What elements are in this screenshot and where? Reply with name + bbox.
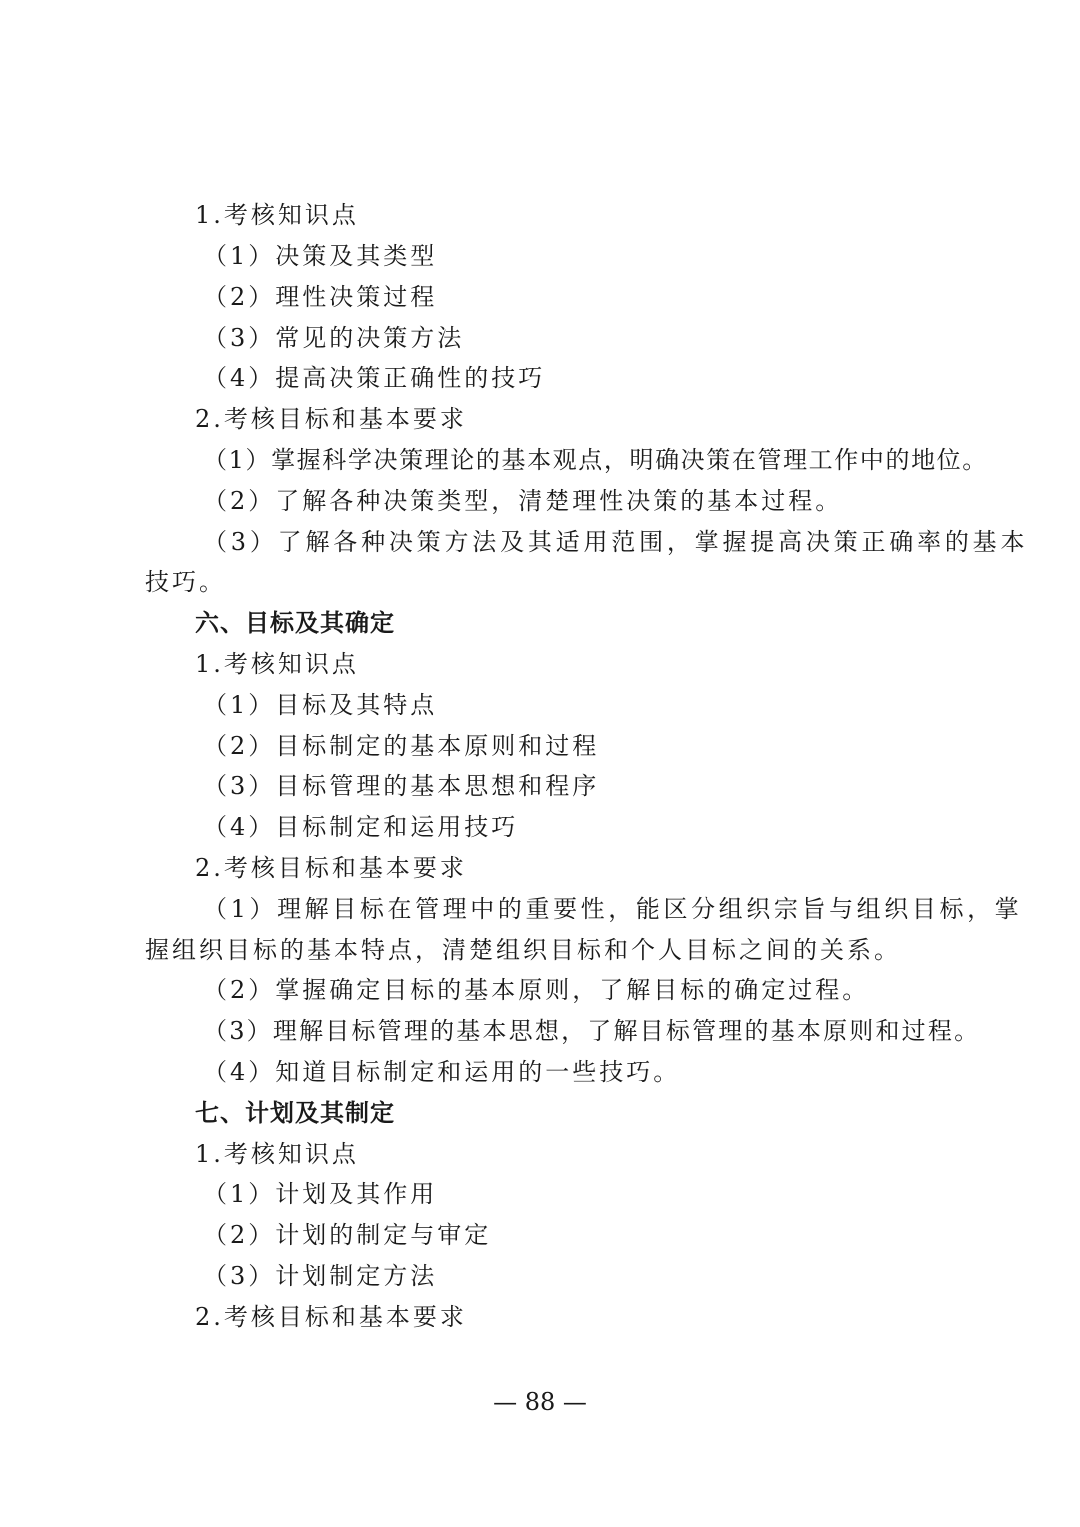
requirement-item: （4）知道目标制定和运用的一些技巧。 bbox=[203, 1056, 680, 1088]
requirements-title: 2.考核目标和基本要求 bbox=[195, 1301, 467, 1333]
requirement-item: （2）掌握确定目标的基本原则，了解目标的确定过程。 bbox=[203, 974, 869, 1006]
knowledge-points-title: 1.考核知识点 bbox=[195, 648, 359, 680]
knowledge-item: （2）理性决策过程 bbox=[203, 281, 437, 313]
knowledge-points-title: 1.考核知识点 bbox=[195, 199, 359, 231]
requirement-item: （1）理解目标在管理中的重要性，能区分组织宗旨与组织目标，掌 bbox=[203, 893, 1022, 925]
requirements-title: 2.考核目标和基本要求 bbox=[195, 403, 467, 435]
section-heading: 六、目标及其确定 bbox=[195, 607, 395, 639]
knowledge-item: （1）决策及其类型 bbox=[203, 240, 437, 272]
document-page: 1.考核知识点 （1）决策及其类型 （2）理性决策过程 （3）常见的决策方法 （… bbox=[0, 0, 1080, 1527]
requirement-item-continued: 技巧。 bbox=[145, 566, 226, 598]
knowledge-item: （1）计划及其作用 bbox=[203, 1178, 437, 1210]
knowledge-item: （2）目标制定的基本原则和过程 bbox=[203, 730, 599, 762]
knowledge-item: （4）目标制定和运用技巧 bbox=[203, 811, 518, 843]
knowledge-item: （3）目标管理的基本思想和程序 bbox=[203, 770, 599, 802]
page-number: — 88 — bbox=[0, 1386, 1080, 1418]
section-heading: 七、计划及其制定 bbox=[195, 1097, 395, 1129]
requirement-item: （3）理解目标管理的基本思想，了解目标管理的基本原则和过程。 bbox=[203, 1015, 980, 1047]
knowledge-item: （2）计划的制定与审定 bbox=[203, 1219, 491, 1251]
requirement-item-continued: 握组织目标的基本特点，清楚组织目标和个人目标之间的关系。 bbox=[145, 934, 901, 966]
requirements-title: 2.考核目标和基本要求 bbox=[195, 852, 467, 884]
knowledge-points-title: 1.考核知识点 bbox=[195, 1138, 359, 1170]
requirement-item: （3）了解各种决策方法及其适用范围，掌握提高决策正确率的基本 bbox=[203, 526, 1028, 558]
knowledge-item: （3）常见的决策方法 bbox=[203, 322, 464, 354]
knowledge-item: （1）目标及其特点 bbox=[203, 689, 437, 721]
knowledge-item: （4）提高决策正确性的技巧 bbox=[203, 362, 545, 394]
requirement-item: （2）了解各种决策类型，清楚理性决策的基本过程。 bbox=[203, 485, 842, 517]
knowledge-item: （3）计划制定方法 bbox=[203, 1260, 437, 1292]
requirement-item: （1）掌握科学决策理论的基本观点，明确决策在管理工作中的地位。 bbox=[203, 444, 988, 476]
